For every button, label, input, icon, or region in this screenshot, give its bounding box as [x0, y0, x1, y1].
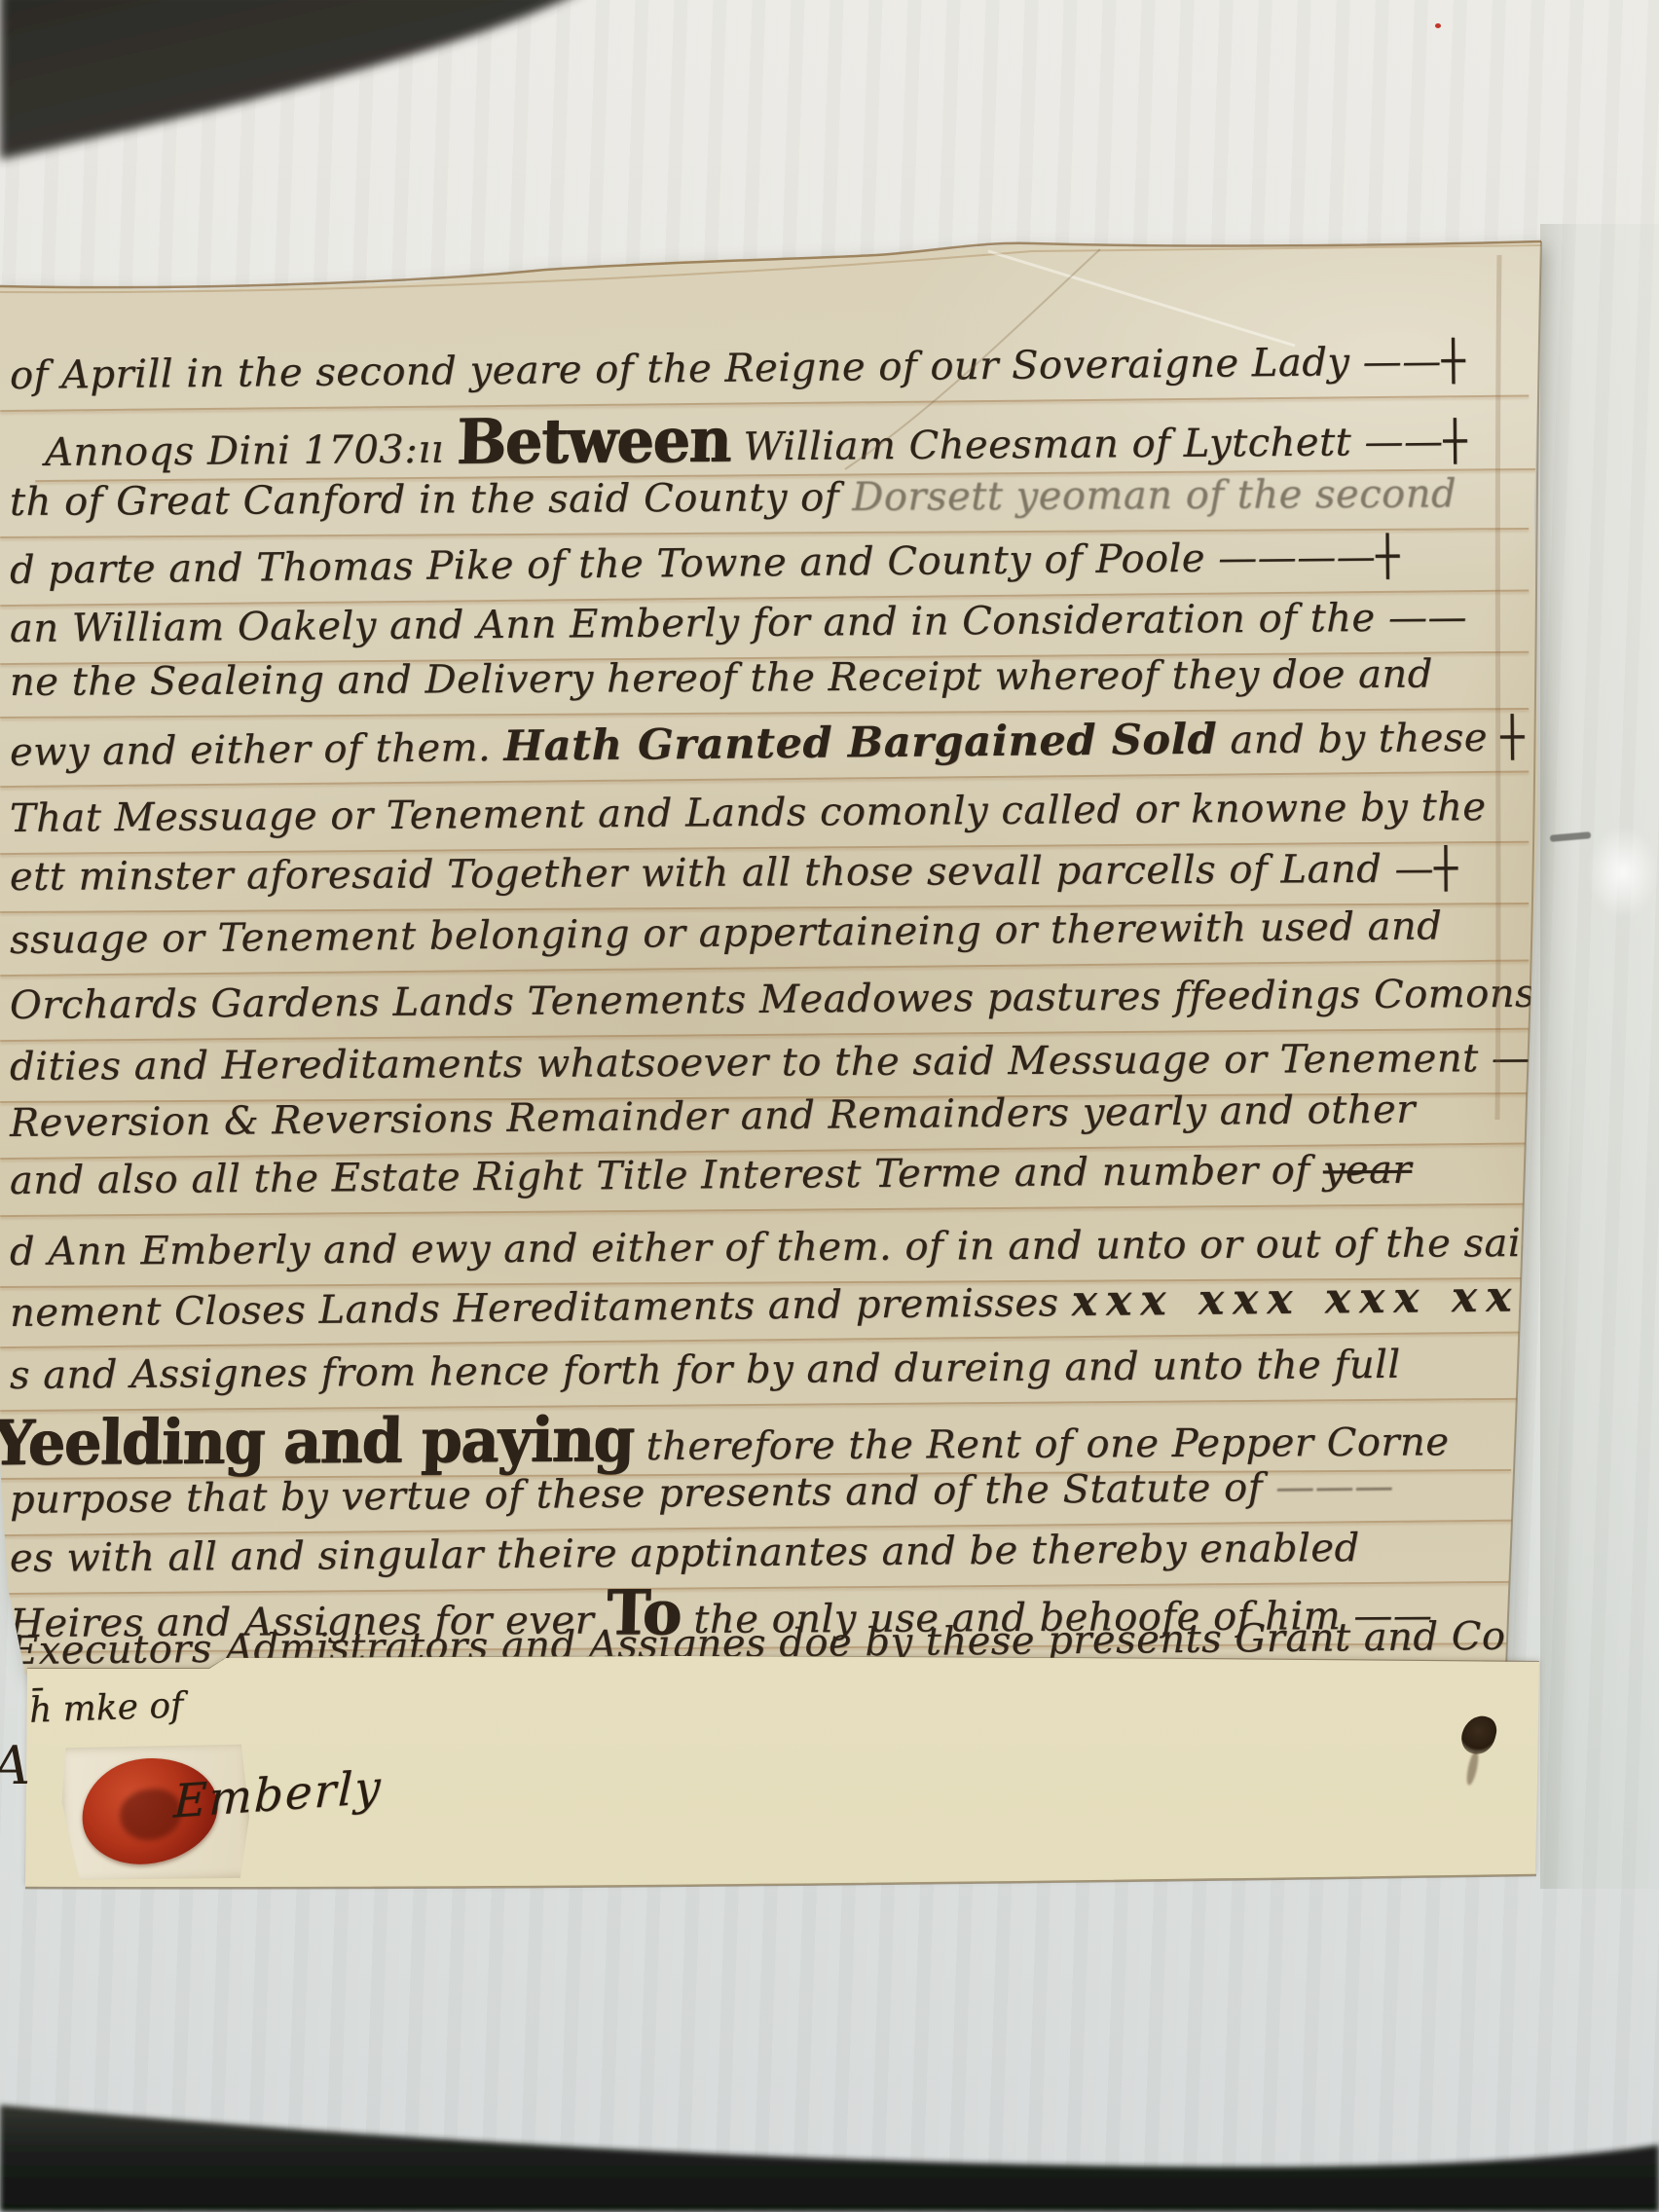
mark-of-text: h̄ mke of [28, 1685, 184, 1731]
signature-initial: A [0, 1735, 30, 1796]
strip-wrap [0, 0, 1659, 2212]
photo-of-parchment-deed: of Aprill in the second yeare of the Rei… [0, 0, 1659, 2212]
parchment-bottom-strip [0, 0, 1659, 2212]
red-speck [1435, 23, 1441, 28]
